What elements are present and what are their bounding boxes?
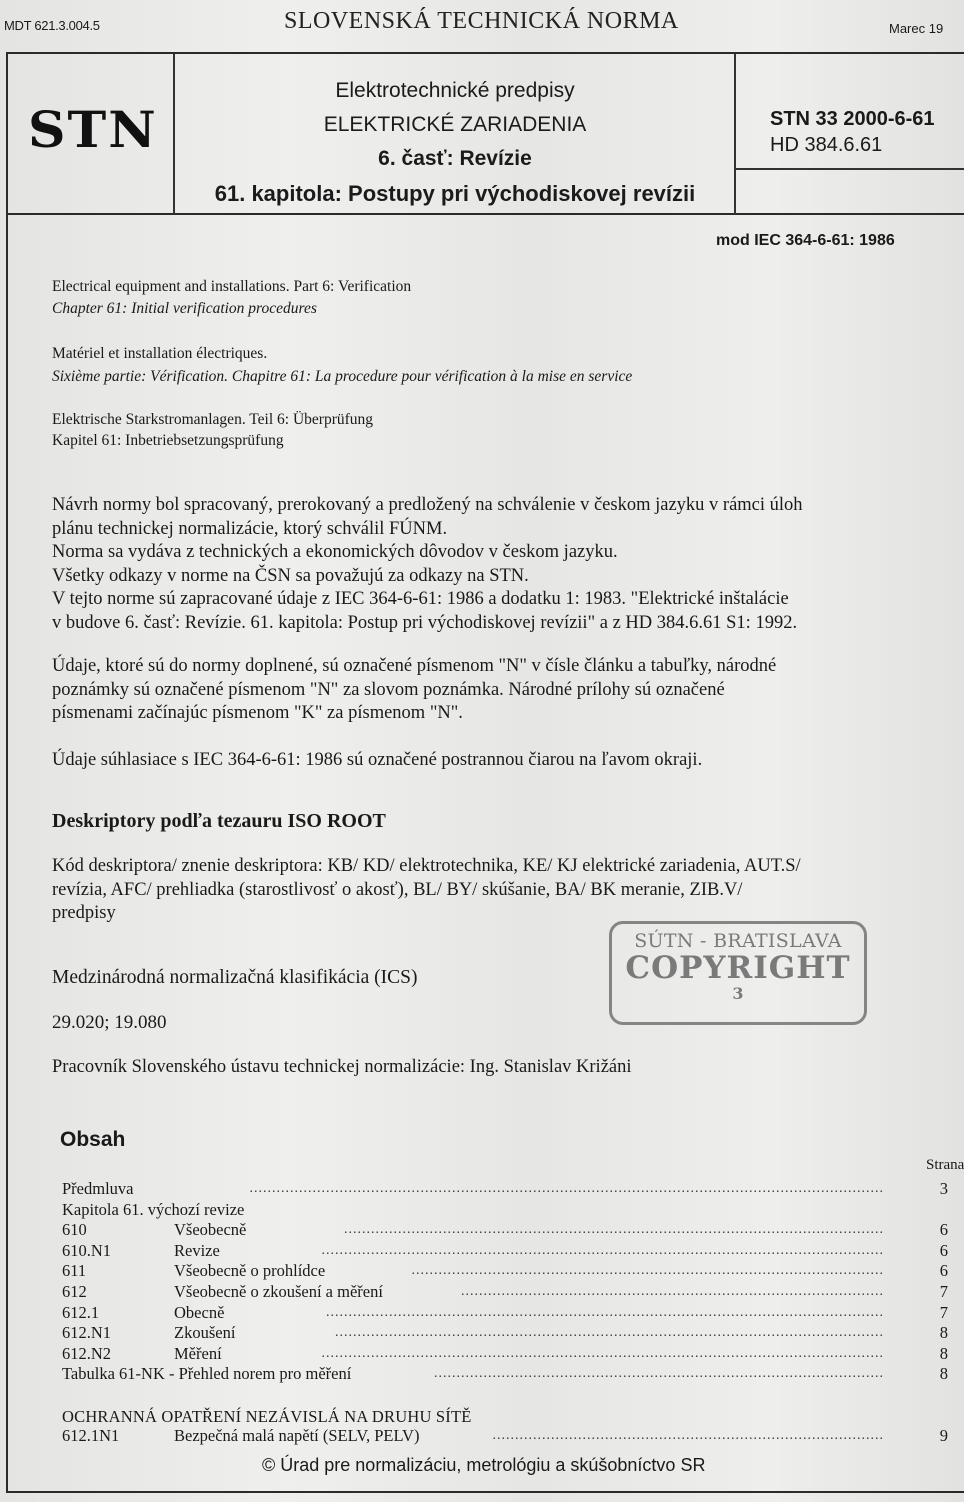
toc-entry-number: 610.N1 <box>62 1241 111 1261</box>
toc-entry-title: Kapitola 61. výchozí revize <box>62 1200 244 1220</box>
foreword-paragraph: Návrh normy bol spracovaný, prerokovaný … <box>52 494 952 635</box>
header-divider <box>734 54 736 215</box>
toc-entry-page: 6 <box>940 1241 948 1261</box>
iec-relation: mod IEC 364-6-61: 1986 <box>716 232 895 250</box>
toc-leader-dots: ........................................… <box>236 1303 884 1323</box>
title-french: Sixième partie: Vérification. Chapitre 6… <box>52 366 632 388</box>
title-french: Matériel et installation électriques. <box>52 343 267 365</box>
toc-entry-page: 7 <box>940 1303 948 1323</box>
toc-entry-number: 610 <box>62 1220 87 1240</box>
toc-entry[interactable]: 610.N1Revize............................… <box>62 1241 950 1261</box>
stn-logo: STN <box>28 102 158 160</box>
copyright-notice: © Úrad pre normalizáciu, metrológiu a sk… <box>262 1455 705 1476</box>
title-line: 6. časť: Revízie <box>176 142 734 176</box>
title-line: ELEKTRICKÉ ZARIADENIA <box>176 108 734 142</box>
toc-entry-title: Tabulka 61-NK - Přehled norem pro měření <box>62 1364 351 1384</box>
toc-entry-page: 9 <box>940 1426 948 1446</box>
document-series-title: SLOVENSKÁ TECHNICKÁ NORMA <box>284 8 679 35</box>
toc-leader-dots: ........................................… <box>363 1364 884 1384</box>
toc-entry-title: Bezpečná malá napětí (SELV, PELV) <box>174 1426 419 1446</box>
title-german: Elektrische Starkstromanlagen. Teil 6: Ü… <box>52 409 373 431</box>
title-line: 61. kapitola: Postupy pri východiskovej … <box>176 176 734 212</box>
toc-entry[interactable]: Tabulka 61-NK - Přehled norem pro měření… <box>62 1364 950 1384</box>
toc-entry[interactable]: 612Všeobecně o zkoušení a měření........… <box>62 1282 950 1302</box>
header-divider <box>734 168 964 170</box>
title-line: Elektrotechnické predpisy <box>176 74 734 108</box>
toc-leader-dots: ........................................… <box>234 1344 884 1364</box>
title-english: Electrical equipment and installations. … <box>52 276 411 298</box>
hd-number: HD 384.6.61 <box>770 134 882 157</box>
author-line: Pracovník Slovenského ústavu technickej … <box>52 1056 952 1080</box>
toc-entry-page: 8 <box>940 1364 948 1384</box>
foreword-paragraph: Údaje súhlasiace s IEC 364-6-61: 1986 sú… <box>52 749 952 773</box>
toc-page-header: Strana <box>926 1157 964 1174</box>
toc-section-heading: OCHRANNÁ OPATŘENÍ NEZÁVISLÁ NA DRUHU SÍT… <box>62 1407 472 1427</box>
toc-entry[interactable]: 612.N1Zkoušení..........................… <box>62 1323 950 1343</box>
toc-entry-title: Předmluva <box>62 1179 134 1199</box>
toc-title: Obsah <box>60 1128 125 1152</box>
toc-entry-page: 7 <box>940 1282 948 1302</box>
toc-entry-title: Obecně <box>174 1303 224 1323</box>
toc-leader-dots: ........................................… <box>431 1426 884 1446</box>
toc-leader-dots: ........................................… <box>258 1220 884 1240</box>
toc-leader-dots: ........................................… <box>232 1241 884 1261</box>
toc-entry-number: 612.1N1 <box>62 1426 119 1446</box>
toc-leader-dots: ........................................… <box>337 1261 884 1281</box>
standard-number: STN 33 2000-6-61 <box>770 108 935 131</box>
toc-entry-page: 8 <box>940 1344 948 1364</box>
copyright-stamp: SÚTN - BRATISLAVA COPYRIGHT 3 <box>609 921 867 1025</box>
title-german: Kapitel 61: Inbetriebsetzungsprüfung <box>52 430 284 452</box>
toc-entry-title: Zkoušení <box>174 1323 235 1343</box>
header-divider <box>173 54 175 215</box>
toc-leader-dots: ........................................… <box>395 1282 884 1302</box>
toc-entry-number: 612 <box>62 1282 87 1302</box>
toc-entry[interactable]: 612.N2Měření............................… <box>62 1344 950 1364</box>
toc-entry-title: Revize <box>174 1241 220 1261</box>
toc-entry-page: 6 <box>940 1261 948 1281</box>
toc-entry-page: 6 <box>940 1220 948 1240</box>
toc-entry-number: 612.1 <box>62 1303 99 1323</box>
toc-leader-dots: ........................................… <box>247 1323 884 1343</box>
toc-entry-number: 612.N1 <box>62 1323 111 1343</box>
descriptors-heading: Deskriptory podľa tezauru ISO ROOT <box>52 810 386 833</box>
toc-leader-dots: ........................................… <box>146 1179 884 1199</box>
toc-entry-title: Všeobecně <box>174 1220 246 1240</box>
toc-entry-number: 611 <box>62 1261 86 1281</box>
toc-entry-title: Měření <box>174 1344 222 1364</box>
toc-entry[interactable]: 612.1N1Bezpečná malá napětí (SELV, PELV)… <box>62 1426 950 1446</box>
toc-entry-page: 3 <box>940 1179 948 1199</box>
toc-entry-page: 8 <box>940 1323 948 1343</box>
foreword-paragraph: Údaje, ktoré sú do normy doplnené, sú oz… <box>52 655 952 726</box>
descriptors-text: Kód deskriptora/ znenie deskriptora: KB/… <box>52 855 952 926</box>
toc-entry[interactable]: 612.1Obecně.............................… <box>62 1303 950 1323</box>
toc-entry-number: 612.N2 <box>62 1344 111 1364</box>
issue-date: Marec 19 <box>889 21 943 36</box>
title-english: Chapter 61: Initial verification procedu… <box>52 298 317 320</box>
standard-title: Elektrotechnické predpisy ELEKTRICKÉ ZAR… <box>176 74 734 212</box>
toc-entry[interactable]: Kapitola 61. výchozí revize <box>62 1200 950 1220</box>
toc-entry[interactable]: 611Všeobecně o prohlídce................… <box>62 1261 950 1281</box>
classification-code: MDT 621.3.004.5 <box>4 18 100 33</box>
toc-entry[interactable]: Předmluva...............................… <box>62 1179 950 1199</box>
toc-entry-title: Všeobecně o prohlídce <box>174 1261 325 1281</box>
toc-entry[interactable]: 610Všeobecně............................… <box>62 1220 950 1240</box>
toc-entry-title: Všeobecně o zkoušení a měření <box>174 1282 383 1302</box>
